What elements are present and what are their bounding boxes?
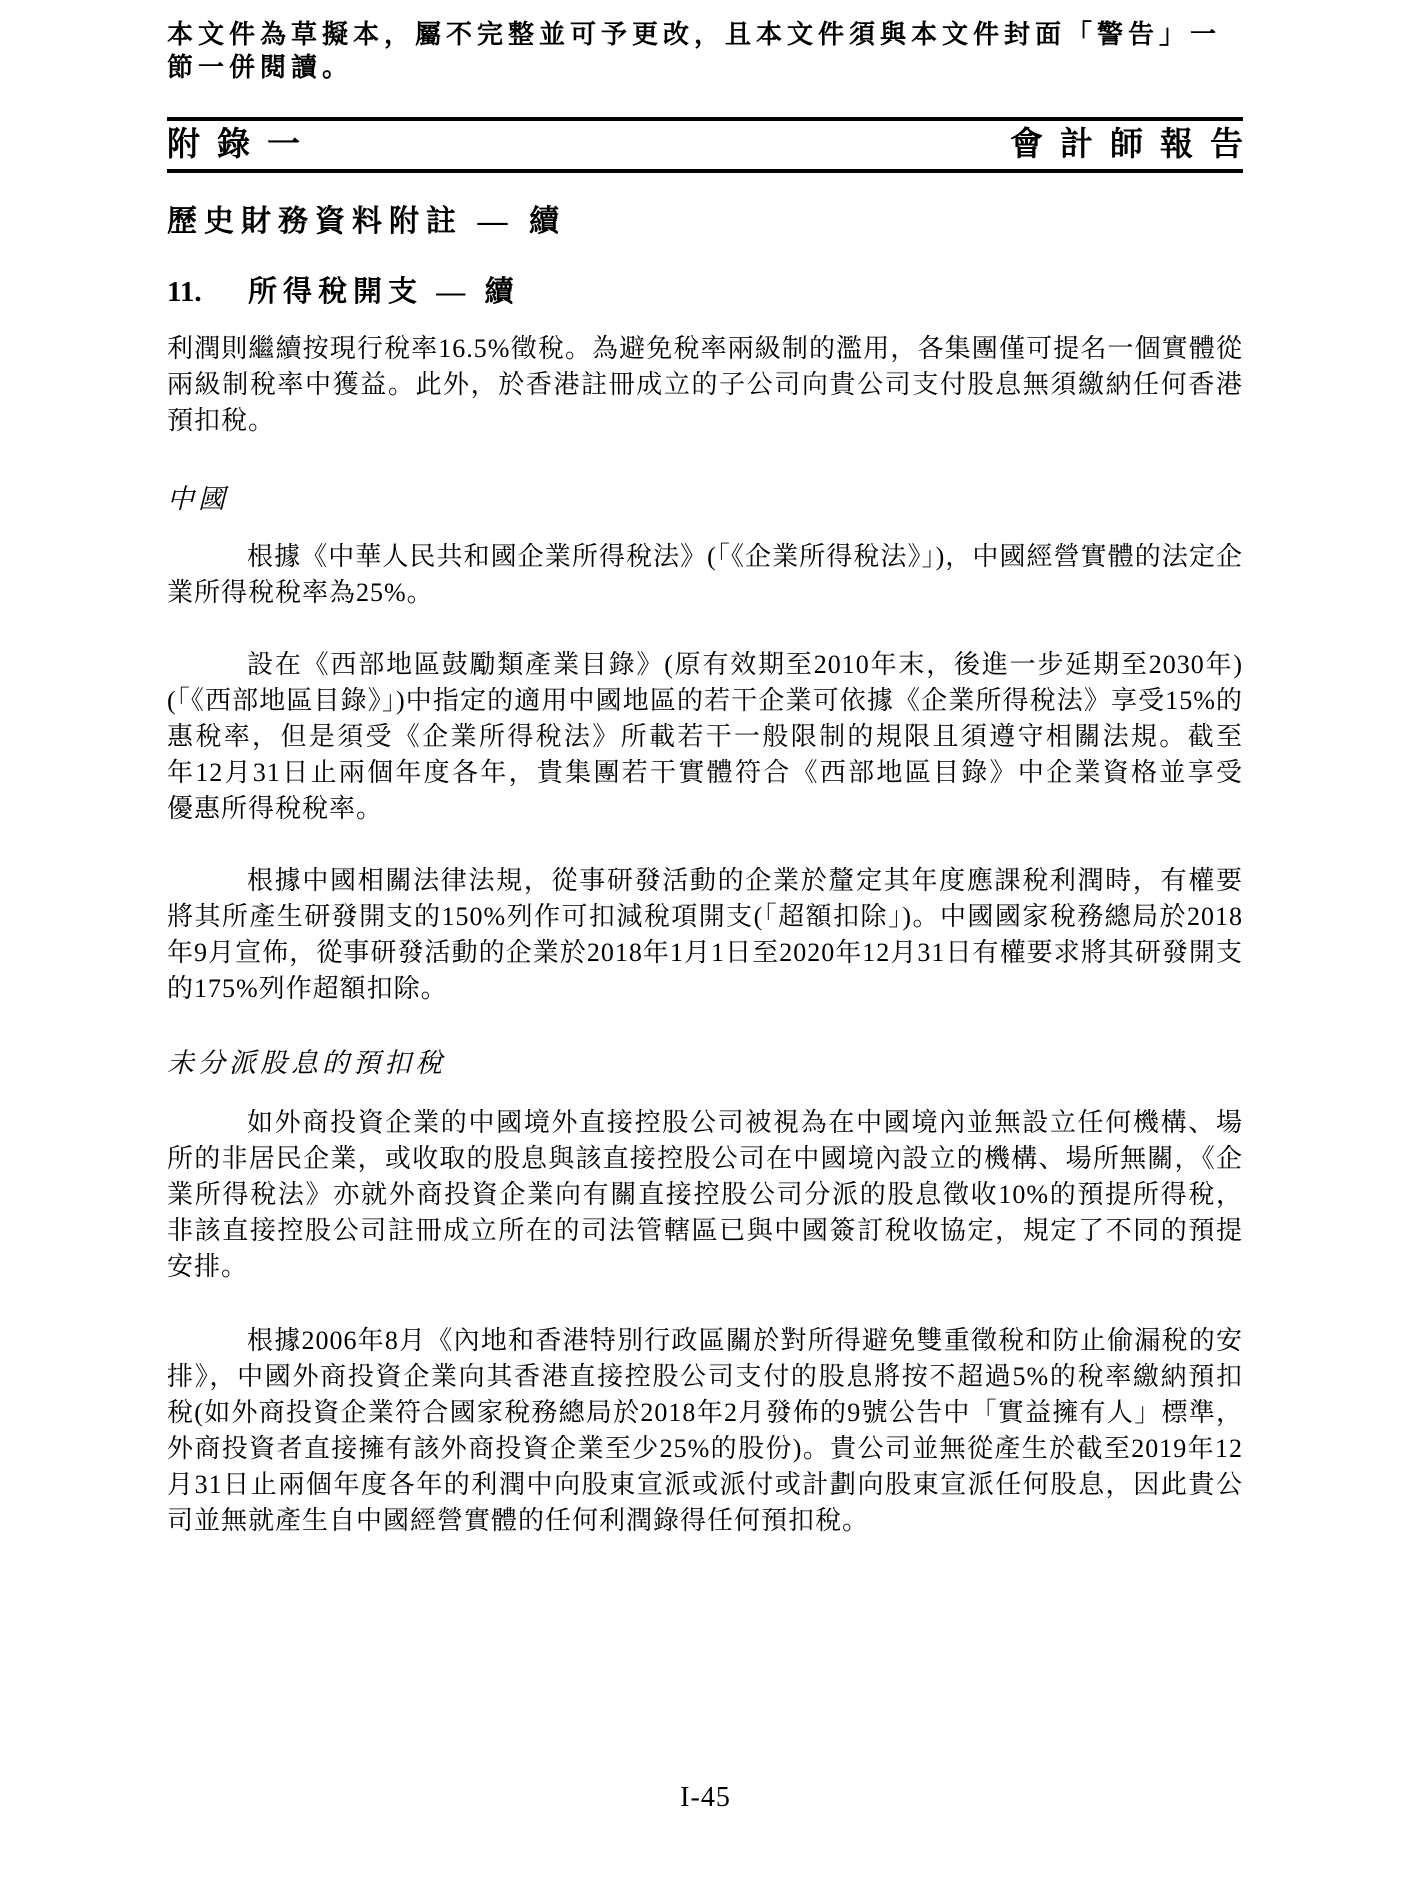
text-line: 月31日止兩個年度各年的利潤中向股東宣派或派付或計劃向股東宣派任何股息，因此貴公	[167, 1467, 1243, 1503]
text-line: 利潤則繼續按現行稅率16.5%徵稅。為避免稅率兩級制的濫用，各集團僅可提名一個實…	[167, 331, 1243, 367]
draft-warning-notice: 本文件為草擬本，屬不完整並可予更改，且本文件須與本文件封面「警告」一節一併閱讀。	[167, 18, 1243, 84]
text-line: 根據2006年8月《內地和香港特別行政區關於對所得避免雙重徵稅和防止偷漏稅的安	[167, 1323, 1243, 1359]
text-line: 根據中國相關法律法規，從事研發活動的企業於釐定其年度應課稅利潤時，有權要求	[167, 863, 1243, 899]
text-line: 業所得稅稅率為25%。	[167, 575, 1243, 611]
document-page: 本文件為草擬本，屬不完整並可予更改，且本文件須與本文件封面「警告」一節一併閱讀。…	[0, 0, 1411, 1881]
paragraph-western-catalogue: 設在《西部地區鼓勵類產業目錄》(原有效期至2010年末，後進一步延期至2030年…	[167, 647, 1243, 827]
text-line: 安排。	[167, 1249, 1243, 1285]
text-line: (「《西部地區目錄》」)中指定的適用中國地區的若干企業可依據《企業所得稅法》享受…	[167, 683, 1243, 719]
text-line: 司並無就產生自中國經營實體的任何利潤錄得任何預扣稅。	[167, 1503, 1243, 1539]
subheading-china: 中國	[167, 481, 1243, 517]
item-11-heading: 11. 所得稅開支 — 續	[167, 273, 1243, 311]
subheading-withholding-tax: 未分派股息的預扣稅	[167, 1045, 1243, 1081]
text-line: 的175%列作超額扣除。	[167, 971, 1243, 1007]
text-line: 兩級制稅率中獲益。此外，於香港註冊成立的子公司向貴公司支付股息無須繳納任何香港	[167, 367, 1243, 403]
text-line: 優惠所得稅稅率。	[167, 791, 1243, 827]
paragraph-hk-tax: 利潤則繼續按現行稅率16.5%徵稅。為避免稅率兩級制的濫用，各集團僅可提名一個實…	[167, 331, 1243, 439]
paragraph-rd-deduction: 根據中國相關法律法規，從事研發活動的企業於釐定其年度應課稅利潤時，有權要求 將其…	[167, 863, 1243, 1007]
text-line: 外商投資者直接擁有該外商投資企業至少25%的股份)。貴公司並無從產生於截至201…	[167, 1431, 1243, 1467]
text-line: 預扣稅。	[167, 403, 1243, 439]
report-title: 會計師報告	[1010, 127, 1260, 163]
item-title: 所得稅開支 — 續	[248, 273, 520, 311]
text-line: 年12月31日止兩個年度各年，貴集團若干實體符合《西部地區目錄》中企業資格並享受…	[167, 755, 1243, 791]
paragraph-withholding: 如外商投資企業的中國境外直接控股公司被視為在中國境內並無設立任何機構、場 所的非…	[167, 1105, 1243, 1285]
text-line: 稅(如外商投資企業符合國家稅務總局於2018年2月發佈的9號公告中「實益擁有人」…	[167, 1395, 1243, 1431]
appendix-header: 附錄一 會計師報告	[167, 117, 1243, 173]
text-line: 所的非居民企業，或收取的股息與該直接控股公司在中國境內設立的機構、場所無關，《企	[167, 1141, 1243, 1177]
paragraph-dta-arrangement: 根據2006年8月《內地和香港特別行政區關於對所得避免雙重徵稅和防止偷漏稅的安 …	[167, 1323, 1243, 1539]
text-line: 惠稅率，但是須受《企業所得稅法》所載若干一般限制的規限且須遵守相關法規。截至20…	[167, 719, 1243, 755]
text-line: 根據《中華人民共和國企業所得稅法》(「《企業所得稅法》」)，中國經營實體的法定企	[167, 539, 1243, 575]
text-line: 非該直接控股公司註冊成立所在的司法管轄區已與中國簽訂稅收協定，規定了不同的預提	[167, 1213, 1243, 1249]
paragraph-eit-law: 根據《中華人民共和國企業所得稅法》(「《企業所得稅法》」)，中國經營實體的法定企…	[167, 539, 1243, 611]
text-line: 將其所產生研發開支的150%列作可扣減稅項開支(「超額扣除」)。中國國家稅務總局…	[167, 899, 1243, 935]
text-line: 年9月宣佈，從事研發活動的企業於2018年1月1日至2020年12月31日有權要…	[167, 935, 1243, 971]
page-number: I-45	[0, 1782, 1411, 1814]
text-line: 排》，中國外商投資企業向其香港直接控股公司支付的股息將按不超過5%的稅率繳納預扣	[167, 1359, 1243, 1395]
text-line: 設在《西部地區鼓勵類產業目錄》(原有效期至2010年末，後進一步延期至2030年…	[167, 647, 1243, 683]
text-line: 如外商投資企業的中國境外直接控股公司被視為在中國境內並無設立任何機構、場	[167, 1105, 1243, 1141]
item-number: 11.	[167, 273, 248, 311]
text-line: 業所得稅法》亦就外商投資企業向有關直接控股公司分派的股息徵收10%的預提所得稅，…	[167, 1177, 1243, 1213]
appendix-title: 附錄一	[167, 127, 317, 163]
notes-continued-heading: 歷史財務資料附註 — 續	[167, 203, 1243, 241]
